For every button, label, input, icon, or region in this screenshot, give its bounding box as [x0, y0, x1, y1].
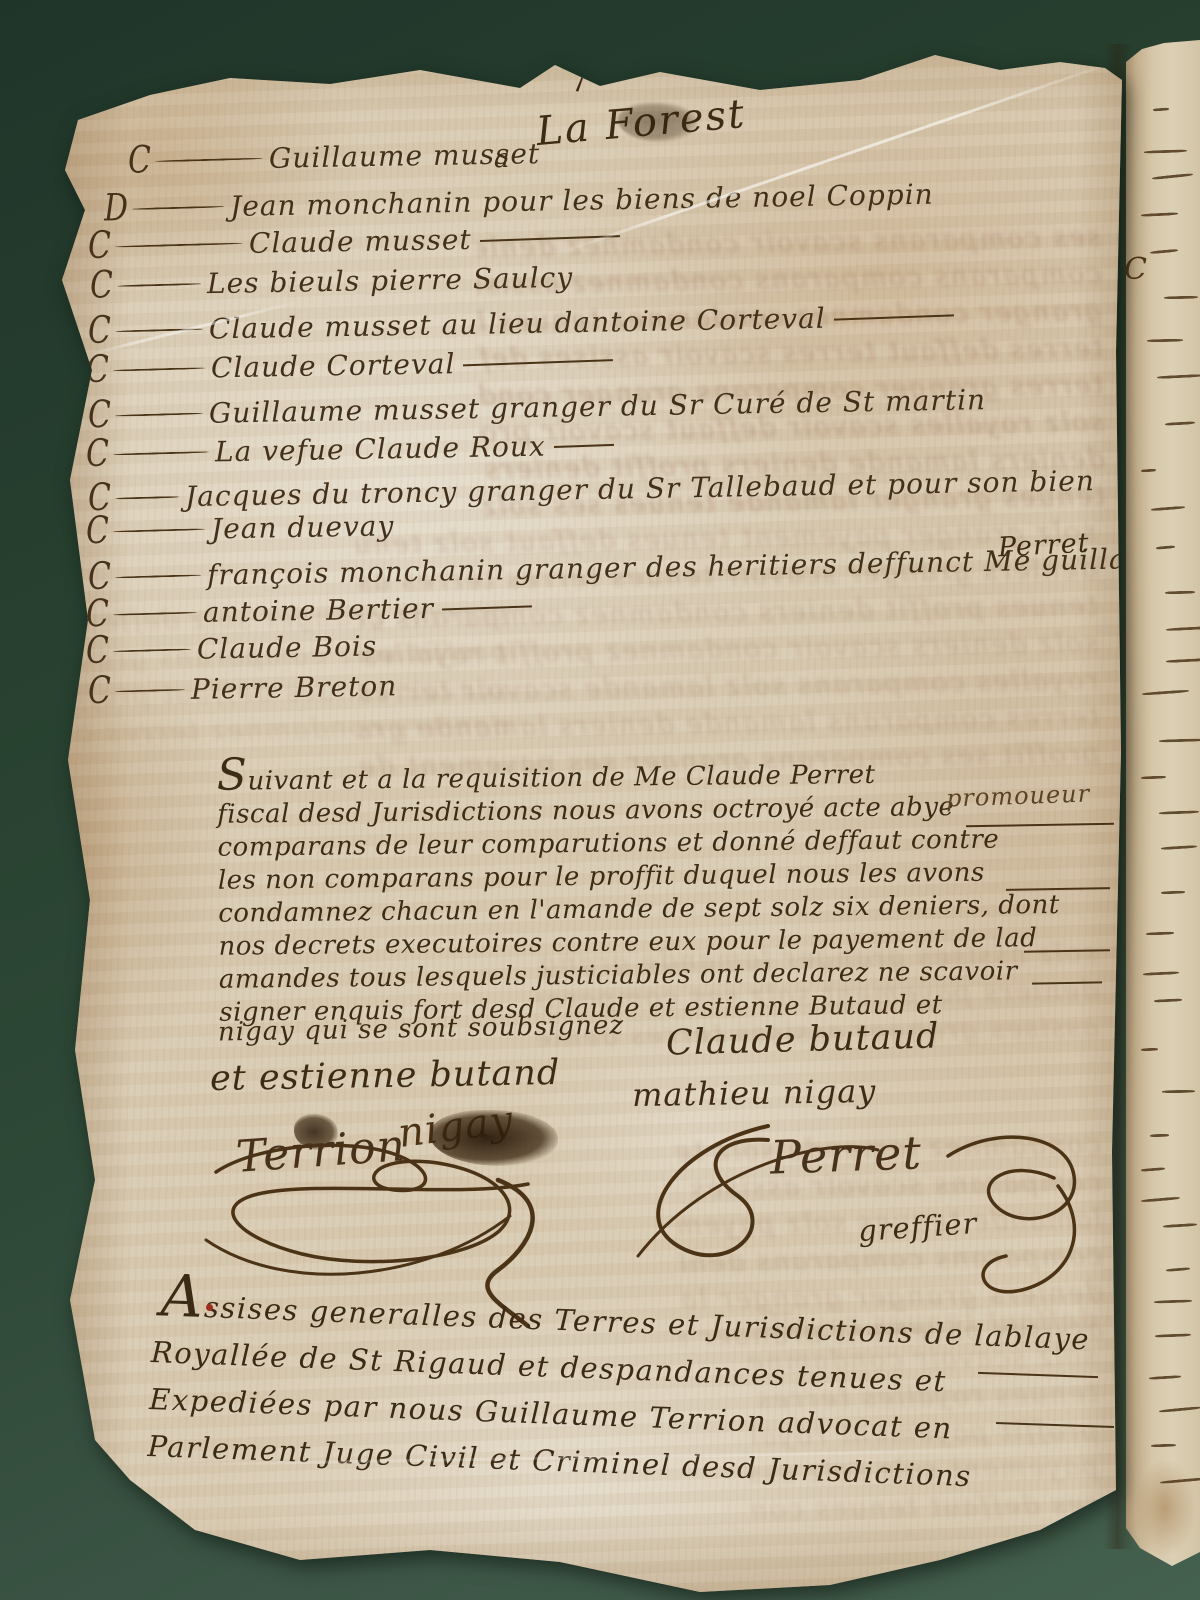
perret-signature: Perret — [769, 1125, 923, 1184]
list-row: CClaude musset — [88, 219, 620, 263]
row-name: Pierre Breton — [191, 669, 398, 706]
list-row: Cantoine Bertier — [86, 589, 533, 632]
lead-line — [155, 157, 263, 162]
lead-line — [113, 450, 209, 455]
row-name: Guillaume musset granger du Sr Curé de S… — [209, 383, 987, 430]
bleed-ghost-text: terres comparans lamande deniers lamande… — [359, 699, 1100, 749]
row-name: françois monchanin granger des heritiers… — [207, 541, 1191, 591]
row-name: Jean monchanin pour les biens de noel Co… — [230, 178, 934, 223]
cross-mark: † — [571, 61, 593, 98]
list-row: DJean monchanin pour les biens de noel C… — [94, 177, 934, 227]
row-marker: C — [90, 263, 114, 307]
signed-name-claude-butaud: Claude butaud — [666, 1016, 940, 1063]
row-name: antoine Bertier — [203, 592, 435, 629]
bleed-ghost-text: royalles comparans solz lamande scavoir … — [358, 662, 1099, 712]
row-name: Guillaume musset — [269, 137, 541, 175]
row-name: Les bieuls pierre Saulcy — [207, 261, 574, 300]
main-page-wrapper: ses comparans scavoir condamnez deniers … — [0, 0, 1200, 1600]
red-speck — [206, 1304, 213, 1311]
act-line: nigay qui se sont soubsignez — [218, 1010, 625, 1047]
bleed-ghost-text: scavoir condamnez condamnez deniers — [750, 1523, 1100, 1537]
lead-line — [115, 688, 185, 692]
row-name: Claude musset — [249, 223, 472, 260]
list-row: CClaude Corteval — [86, 343, 614, 387]
lead-line — [113, 648, 191, 652]
closing-paragraph: Assises generalles des Terres et Jurisdi… — [147, 1272, 1134, 1506]
bleed-ghost-text: deniers condamnez terres comparans proff… — [79, 707, 509, 744]
row-name: Claude Bois — [197, 629, 378, 665]
row-marker: C — [88, 669, 112, 713]
lead-line — [115, 412, 203, 416]
lead-line — [117, 282, 201, 286]
list-row: CGuillaume musset granger du Sr Curé de … — [88, 382, 987, 433]
row-marker: C — [86, 509, 110, 553]
row-marker: C — [128, 139, 152, 183]
row-name: Jean duevay — [211, 509, 395, 545]
row-name: Claude musset au lieu dantoine Corteval — [209, 302, 826, 346]
lead-line — [115, 574, 201, 578]
list-row: Cfrançois monchanin granger des heritier… — [88, 540, 1191, 594]
trailing-stroke — [442, 605, 532, 610]
row-name: La vefue Claude Roux — [215, 430, 546, 469]
trailing-stroke — [554, 443, 614, 447]
lead-line — [115, 242, 243, 248]
lead-line — [115, 495, 179, 499]
lead-line — [132, 205, 224, 210]
interlinear-note: promoueur — [946, 779, 1091, 812]
fold-crease — [558, 57, 1126, 255]
row-marker: C — [86, 629, 110, 673]
row-name: Jacques du troncy granger du Sr Tallebau… — [185, 464, 1095, 513]
list-row: CGuillaume musset — [94, 136, 541, 179]
list-row: CJean duevay — [86, 508, 395, 548]
list-row: CClaude Bois — [86, 628, 378, 668]
list-row: CLa vefue Claude Roux — [86, 427, 614, 471]
bleed-ghost-text: solz deniers scavoir condamnez proffit r… — [358, 625, 1099, 675]
lead-line — [113, 367, 205, 372]
trailing-stroke — [834, 314, 954, 320]
lead-line — [113, 528, 205, 533]
signed-name-estienne-butand: et estienne butand — [210, 1053, 561, 1099]
row-marker: C — [86, 348, 110, 392]
row-marker: C — [86, 432, 110, 476]
manuscript-page: ses comparans scavoir condamnez deniers … — [58, 52, 1122, 1592]
list-row: CPierre Breton — [88, 668, 398, 708]
trailing-stroke — [463, 359, 613, 366]
row-name: Claude Corteval — [211, 347, 456, 384]
row-marker: C — [88, 224, 112, 268]
row-marker: C — [88, 309, 112, 353]
list-row: CLes bieuls pierre Saulcy — [90, 260, 574, 303]
lead-line — [113, 611, 197, 615]
list-row: CJacques du troncy granger du Sr Talleba… — [88, 463, 1095, 516]
photo-of-manuscript: { "header": { "top_mark": "†", "title": … — [0, 0, 1200, 1600]
row-marker: C — [88, 393, 112, 437]
